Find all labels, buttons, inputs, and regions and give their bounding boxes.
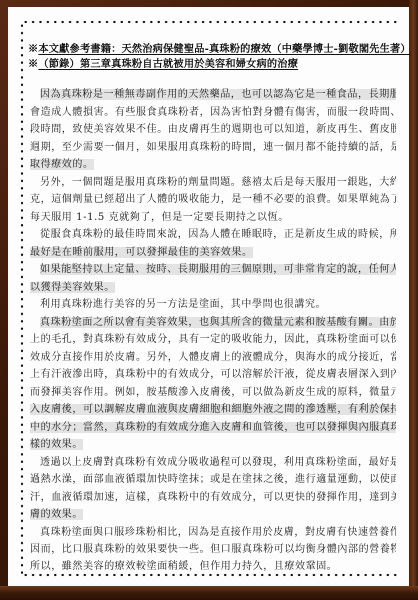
body-line: 過熱水澡，面部血液循環加快時塗抹；或是在塗抹之後，進行適量運動，以使面部出 [30,473,396,487]
line-text: 真珠粉塗面與口服珍珠粉相比，因為是直接作用於皮膚，對皮膚有快速營養作用， [40,527,396,538]
line-text: 膚的效果。 [30,509,83,520]
body-line: 克，這個劑量已經超出了人體的吸收能力，是一種不必要的浪費。如果單純為了美容， [30,193,396,207]
body-line: 利用真珠粉進行美容的另一方法是塗面，其中學問也很講究。 [30,298,396,312]
line-text: 週期，至少需要一個月，如果服用真珠粉的時間，連一個月都不能持續的話，是很難 [30,142,396,153]
frame-right-edge [409,0,418,600]
line-text: 段時間，致使美容效果不佳。由皮膚再生的週期也可以知道，新皮再生、舊皮脫落的 [30,124,396,135]
line-text: 而發揮美容作用。例如，胺基酸滲入皮膚後，可以做為新皮生成的原料，微量元素進 [30,387,396,398]
body-line: 真珠粉塗面與口服珍珠粉相比，因為是直接作用於皮膚，對皮膚有快速營養作用， [30,526,396,540]
line-text: 會造成人體損害。有些服食真珠粉者，因為害怕對身體有傷害，而服一段時間、停一 [30,107,396,118]
line-text: 樣的效果。 [30,439,83,450]
body-line: 段時間，致使美容效果不佳。由皮膚再生的週期也可以知道，新皮再生、舊皮脫落的 [30,123,396,137]
body-line: 週期，至少需要一個月，如果服用真珠粉的時間，連一個月都不能持續的話，是很難 [30,141,396,155]
body-line: 透過以上皮膚對真珠粉有效成分吸收過程可以發現，利用真珠粉塗面，最好是在洗 [30,456,396,470]
line-text: 上的毛孔，對真珠粉有效成分，具有一定的吸收能力，因此，真珠粉塗面可以使其有 [30,334,396,345]
line-text: 以獲得美容效果。 [30,282,115,293]
line-text: 最好是在睡前服用，可以發揮最佳的美容效果。 [30,247,253,258]
line-text: 透過以上皮膚對真珠粉有效成分吸收過程可以發現，利用真珠粉塗面，最好是在洗 [40,457,396,468]
line-text: 真珠粉塗面之所以會有美容效果，也與其所含的微量元素和胺基酸有關。由於皮膚 [40,317,396,328]
body-line: 而發揮美容作用。例如，胺基酸滲入皮膚後，可以做為新皮生成的原料，微量元素進 [30,386,396,400]
line-text: 效成分直接作用於皮膚。另外，人體皮膚上的液體成分，與海水的成分接近，當皮膚 [30,352,396,363]
body-line: 樣的效果。 [30,438,396,452]
chapter-mark-icon: ※ [28,58,38,70]
chapter-line: ※（節錄）第三章真珠粉自古就被用於美容和婦女病的治療 [28,55,298,70]
body-line: 上的毛孔，對真珠粉有效成分，具有一定的吸收能力，因此，真珠粉塗面可以使其有 [30,333,396,347]
body-line: 以獲得美容效果。 [30,281,396,295]
body-line: 從服食真珠粉的最佳時間來說，因為人體在睡眠時，正是新皮生成的時候，所以， [30,228,396,242]
body-line: 每天服用 1-1.5 克就夠了，但是一定要長期持之以恆。 [30,211,396,225]
line-text: 所以，雖然美容的療效較塗面稍緩，但作用力持久，且療效鞏固。 [30,561,337,572]
line-text: 每天服用 1-1.5 克就夠了，但是一定要長期持之以恆。 [30,212,289,223]
body-line: 所以，雖然美容的療效較塗面稍緩，但作用力持久，且療效鞏固。 [30,560,396,574]
line-text: 因為真珠粉是一種無毒副作用的天然藥品，也可以認為它是一種食品，長期服用不 [40,89,396,100]
line-text: 另外，一個問題是服用真珠粉的劑量問題。慈禧太后是每天服用一銀匙，大約 5-6 [40,177,396,188]
body-line: 膚的效果。 [30,508,396,522]
line-text: 因而，比口服真珠粉的效果要快一些。但口服真珠粉可以均衡身體內部的營養物質， [30,544,396,555]
body-line: 因而，比口服真珠粉的效果要快一些。但口服真珠粉可以均衡身體內部的營養物質， [30,543,396,557]
body-line: 真珠粉塗面之所以會有美容效果，也與其所含的微量元素和胺基酸有關。由於皮膚 [30,316,396,330]
reference-mark-icon: ※ [28,43,38,55]
body-line: 上有汗液滲出時，真珠粉中的有效成分，可以溶解於汗液，從皮膚表層深入到內部， [30,368,396,382]
body-line: 中的水分；當然，真珠粉的有效成分進入皮膚和血管後，也可以發揮與內服真珠粉同 [30,421,396,435]
dotted-border-left [20,22,24,575]
body-line: 取得療效的。 [30,158,396,172]
line-text: 取得療效的。 [30,159,94,170]
line-text: 汗，血液循環加速，這樣，真珠粉中的有效成分，可以更快的發揮作用，達到美白肌 [30,492,396,503]
body-line: 最好是在睡前服用，可以發揮最佳的美容效果。 [30,246,396,260]
line-text: 上有汗液滲出時，真珠粉中的有效成分，可以溶解於汗液，從皮膚表層深入到內部， [30,369,396,380]
body-line: 另外，一個問題是服用真珠粉的劑量問題。慈禧太后是每天服用一銀匙，大約 5-6 [30,176,396,190]
body-line: 因為真珠粉是一種無毒副作用的天然藥品，也可以認為它是一種食品，長期服用不 [30,88,396,102]
line-text: 如果能堅持以上定量、按時、長期服用的三個原則，可非常肯定的說，任何人都可 [40,264,396,275]
body-line: 如果能堅持以上定量、按時、長期服用的三個原則，可非常肯定的說，任何人都可 [30,263,396,277]
line-text: 克，這個劑量已經超出了人體的吸收能力，是一種不必要的浪費。如果單純為了美容， [30,194,396,205]
dotted-border-top [22,20,400,24]
line-text: 過熱水澡，面部血液循環加快時塗抹；或是在塗抹之後，進行適量運動，以使面部出 [30,474,396,485]
body-line: 效成分直接作用於皮膚。另外，人體皮膚上的液體成分，與海水的成分接近，當皮膚 [30,351,396,365]
line-text: 中的水分；當然，真珠粉的有效成分進入皮膚和血管後，也可以發揮與內服真珠粉同 [30,422,396,433]
line-text: 從服食真珠粉的最佳時間來說，因為人體在睡眠時，正是新皮生成的時候，所以， [40,229,396,240]
body-line: 入皮膚後，可以調解皮膚血液與皮膚細胞和細胞外液之間的滲透壓，有利於保持皮膚 [30,403,396,417]
line-text: 利用真珠粉進行美容的另一方法是塗面，其中學問也很講究。 [40,299,326,310]
body-line: 會造成人體損害。有些服食真珠粉者，因為害怕對身體有傷害，而服一段時間、停一 [30,106,396,120]
chapter-title: （節錄）第三章真珠粉自古就被用於美容和婦女病的治療 [38,58,298,70]
reference-text: 本文獻參考書籍：天然治病保健聖品-真珠粉的療效（中藥學博士-劉敬閣先生著） [38,43,410,55]
line-text: 入皮膚後，可以調解皮膚血液與皮膚細胞和細胞外液之間的滲透壓，有利於保持皮膚 [30,404,396,415]
body-line: 汗，血液循環加速，這樣，真珠粉中的有效成分，可以更快的發揮作用，達到美白肌 [30,491,396,505]
frame-bottom-edge [0,586,418,600]
reference-line: ※本文獻參考書籍：天然治病保健聖品-真珠粉的療效（中藥學博士-劉敬閣先生著） [28,40,411,55]
